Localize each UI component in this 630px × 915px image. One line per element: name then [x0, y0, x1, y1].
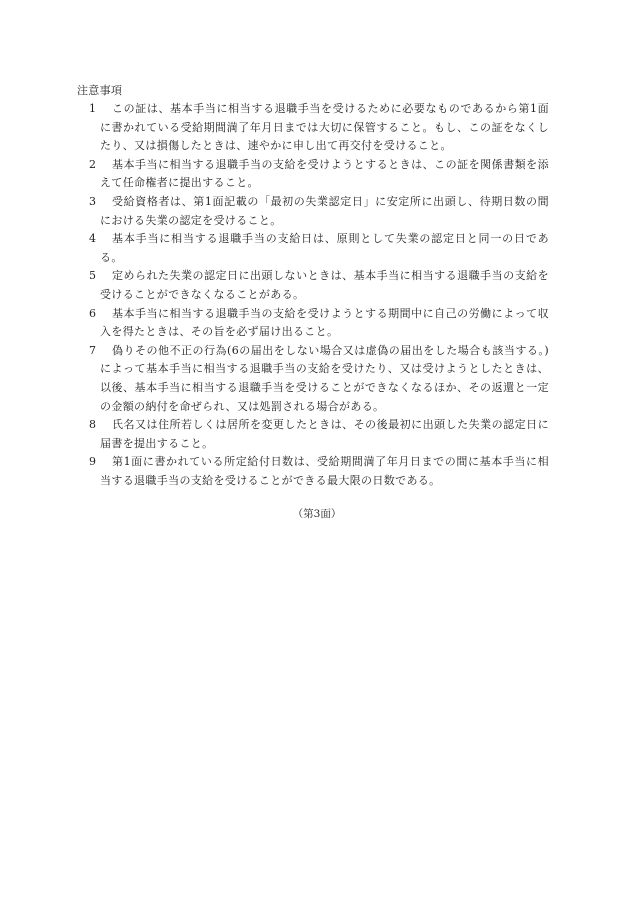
note-text: 第1面に書かれている所定給付日数は、受給期間満了年月日までの間に基本手当に相当す… [100, 453, 549, 490]
page-number-label: （第3面） [0, 505, 630, 523]
note-item-5: 5 定められた失業の認定日に出頭しないときは、基本手当に相当する退職手当の支給を… [77, 267, 549, 304]
note-number: 6 [89, 305, 99, 324]
note-text: この証は、基本手当に相当する退職手当を受けるために必要なものであるから第1面に書… [100, 100, 549, 156]
note-text: 偽りその他不正の行為(6の届出をしない場合又は虚偽の届出をした場合も該当する。)… [100, 342, 549, 416]
note-text: 基本手当に相当する退職手当の支給を受けようとする期間中に自己の労働によって収入を… [100, 305, 549, 342]
note-number: 7 [89, 342, 99, 361]
note-item-8: 8 氏名又は住所若しくは居所を変更したときは、その後最初に出頭した失業の認定日に… [77, 416, 549, 453]
note-text: 定められた失業の認定日に出頭しないときは、基本手当に相当する退職手当の支給を受け… [100, 267, 549, 304]
note-item-1: 1 この証は、基本手当に相当する退職手当を受けるために必要なものであるから第1面… [77, 100, 549, 156]
note-number: 2 [89, 156, 99, 175]
note-number: 9 [89, 453, 99, 472]
note-number: 8 [89, 416, 99, 435]
notes-list: 1 この証は、基本手当に相当する退職手当を受けるために必要なものであるから第1面… [77, 100, 549, 490]
note-text: 基本手当に相当する退職手当の支給を受けようとするときは、この証を関係書類を添えて… [100, 156, 549, 193]
note-number: 1 [89, 100, 99, 119]
notes-title: 注意事項 [77, 82, 122, 100]
note-item-4: 4 基本手当に相当する退職手当の支給日は、原則として失業の認定日と同一の日である… [77, 230, 549, 267]
document-page: 注意事項 1 この証は、基本手当に相当する退職手当を受けるために必要なものである… [0, 0, 630, 915]
note-number: 5 [89, 267, 99, 286]
note-item-9: 9 第1面に書かれている所定給付日数は、受給期間満了年月日までの間に基本手当に相… [77, 453, 549, 490]
note-number: 3 [89, 193, 99, 212]
note-item-6: 6 基本手当に相当する退職手当の支給を受けようとする期間中に自己の労働によって収… [77, 305, 549, 342]
note-text: 氏名又は住所若しくは居所を変更したときは、その後最初に出頭した失業の認定日に届書… [100, 416, 549, 453]
note-text: 基本手当に相当する退職手当の支給日は、原則として失業の認定日と同一の日である。 [100, 230, 549, 267]
note-item-2: 2 基本手当に相当する退職手当の支給を受けようとするときは、この証を関係書類を添… [77, 156, 549, 193]
note-number: 4 [89, 230, 99, 249]
note-text: 受給資格者は、第1面記載の「最初の失業認定日」に安定所に出頭し、待期日数の間にお… [100, 193, 549, 230]
note-item-7: 7 偽りその他不正の行為(6の届出をしない場合又は虚偽の届出をした場合も該当する… [77, 342, 549, 416]
note-item-3: 3 受給資格者は、第1面記載の「最初の失業認定日」に安定所に出頭し、待期日数の間… [77, 193, 549, 230]
